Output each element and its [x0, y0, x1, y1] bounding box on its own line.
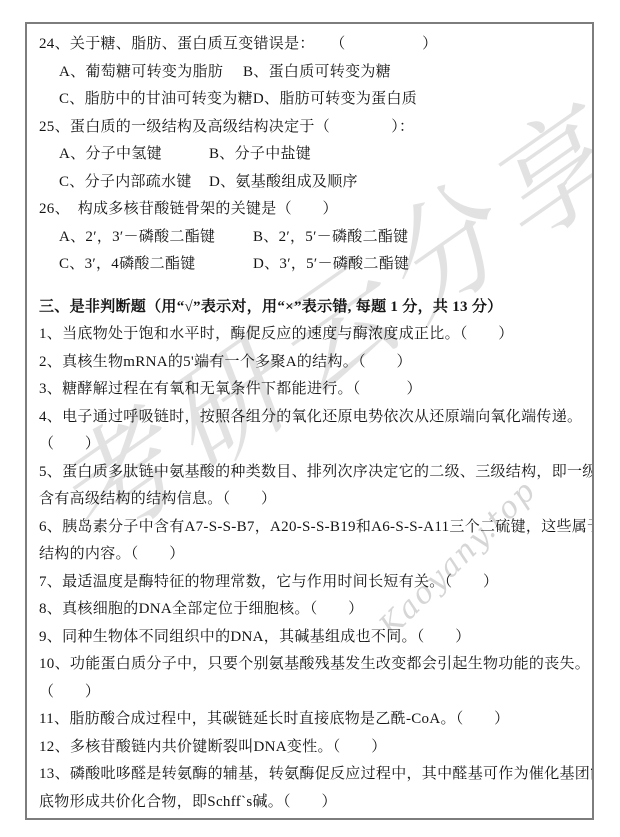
- tf-item-6-line-1: 6、胰岛素分子中含有A7-S-S-B7，A20-S-S-B19和A6-S-S-A…: [39, 514, 582, 542]
- tf-item-13-line-1: 13、磷酸吡哆醛是转氨酶的辅基，转氨酶促反应过程中，其中醛基可作为催化基团能与: [39, 761, 582, 789]
- tf-item-9: 9、同种生物体不同组织中的DNA，其碱基组成也不同。（ ）: [39, 624, 582, 652]
- exam-content: 24、关于糖、脂肪、蛋白质互变错误是： （ ） A、葡萄糖可转变为脂肪 B、蛋白…: [27, 24, 592, 816]
- tf-item-2: 2、真核生物mRNA的5'端有一个多聚A的结构。（ ）: [39, 349, 582, 377]
- question-24-options-row-2: C、脂肪中的甘油可转变为糖 D、脂肪可转变为蛋白质: [39, 86, 582, 114]
- tf-item-1: 1、当底物处于饱和水平时，酶促反应的速度与酶浓度成正比。（ ）: [39, 321, 582, 349]
- tf-item-3: 3、糖酵解过程在有氧和无氧条件下都能进行。（ ）: [39, 376, 582, 404]
- question-25-stem: 25、蛋白质的一级结构及高级结构决定于（ ）：: [39, 114, 582, 142]
- question-26-stem: 26、 构成多核苷酸链骨架的关键是（ ）: [39, 196, 582, 224]
- question-26-option-d: D、3′，5′－磷酸二酯键: [253, 251, 409, 279]
- section-3-title: 三、是非判断题（用“√”表示对，用“×”表示错, 每题 1 分，共 13 分）: [39, 294, 582, 322]
- tf-item-4-line-1: 4、电子通过呼吸链时，按照各组分的氧化还原电势依次从还原端向氧化端传递。: [39, 404, 582, 432]
- question-24-option-b: B、蛋白质可转变为糖: [243, 59, 391, 87]
- tf-item-11: 11、脂肪酸合成过程中，其碳链延长时直接底物是乙酰-CoA。（ ）: [39, 706, 582, 734]
- tf-item-7: 7、最适温度是酶特征的物理常数，它与作用时间长短有关。（ ）: [39, 569, 582, 597]
- tf-item-5-line-1: 5、蛋白质多肽链中氨基酸的种类数目、排列次序决定它的二级、三级结构，即一级结构: [39, 459, 582, 487]
- tf-item-6-line-2: 结构的内容。（ ）: [39, 541, 582, 569]
- tf-item-8: 8、真核细胞的DNA全部定位于细胞核。（ ）: [39, 596, 582, 624]
- question-26-option-c: C、3′，4磷酸二酯键: [59, 251, 253, 279]
- question-25-options-row-2: C、分子内部疏水键 D、氨基酸组成及顺序: [39, 169, 582, 197]
- section-spacer: [39, 279, 582, 294]
- tf-item-13-line-2: 底物形成共价化合物，即Schff`s碱。（ ）: [39, 789, 582, 817]
- tf-item-5-line-2: 含有高级结构的结构信息。（ ）: [39, 486, 582, 514]
- question-25-option-c: C、分子内部疏水键: [59, 169, 209, 197]
- question-24-option-c: C、脂肪中的甘油可转变为糖: [59, 86, 253, 114]
- question-24-option-a: A、葡萄糖可转变为脂肪: [59, 59, 243, 87]
- question-26-options-row-1: A、2′，3′－磷酸二酯键 B、2′，5′－磷酸二酯键: [39, 224, 582, 252]
- tf-item-10-line-1: 10、功能蛋白质分子中，只要个别氨基酸残基发生改变都会引起生物功能的丧失。: [39, 651, 582, 679]
- exam-page-frame: 考研云分享 Kaoyany.top 24、关于糖、脂肪、蛋白质互变错误是： （ …: [25, 22, 594, 820]
- tf-item-12: 12、多核苷酸链内共价键断裂叫DNA变性。（ ）: [39, 734, 582, 762]
- question-25-option-a: A、分子中氢键: [59, 141, 209, 169]
- question-26-options-row-2: C、3′，4磷酸二酯键 D、3′，5′－磷酸二酯键: [39, 251, 582, 279]
- question-25-option-d: D、氨基酸组成及顺序: [209, 169, 358, 197]
- question-25-options-row-1: A、分子中氢键 B、分子中盐键: [39, 141, 582, 169]
- question-24-option-d: D、脂肪可转变为蛋白质: [253, 86, 417, 114]
- question-26-option-b: B、2′，5′－磷酸二酯键: [253, 224, 408, 252]
- question-26-option-a: A、2′，3′－磷酸二酯键: [59, 224, 253, 252]
- question-24-options-row-1: A、葡萄糖可转变为脂肪 B、蛋白质可转变为糖: [39, 59, 582, 87]
- tf-item-4-line-2: （ ）: [39, 431, 582, 459]
- tf-item-10-line-2: （ ）: [39, 679, 582, 707]
- question-25-option-b: B、分子中盐键: [209, 141, 311, 169]
- question-24-stem: 24、关于糖、脂肪、蛋白质互变错误是： （ ）: [39, 31, 582, 59]
